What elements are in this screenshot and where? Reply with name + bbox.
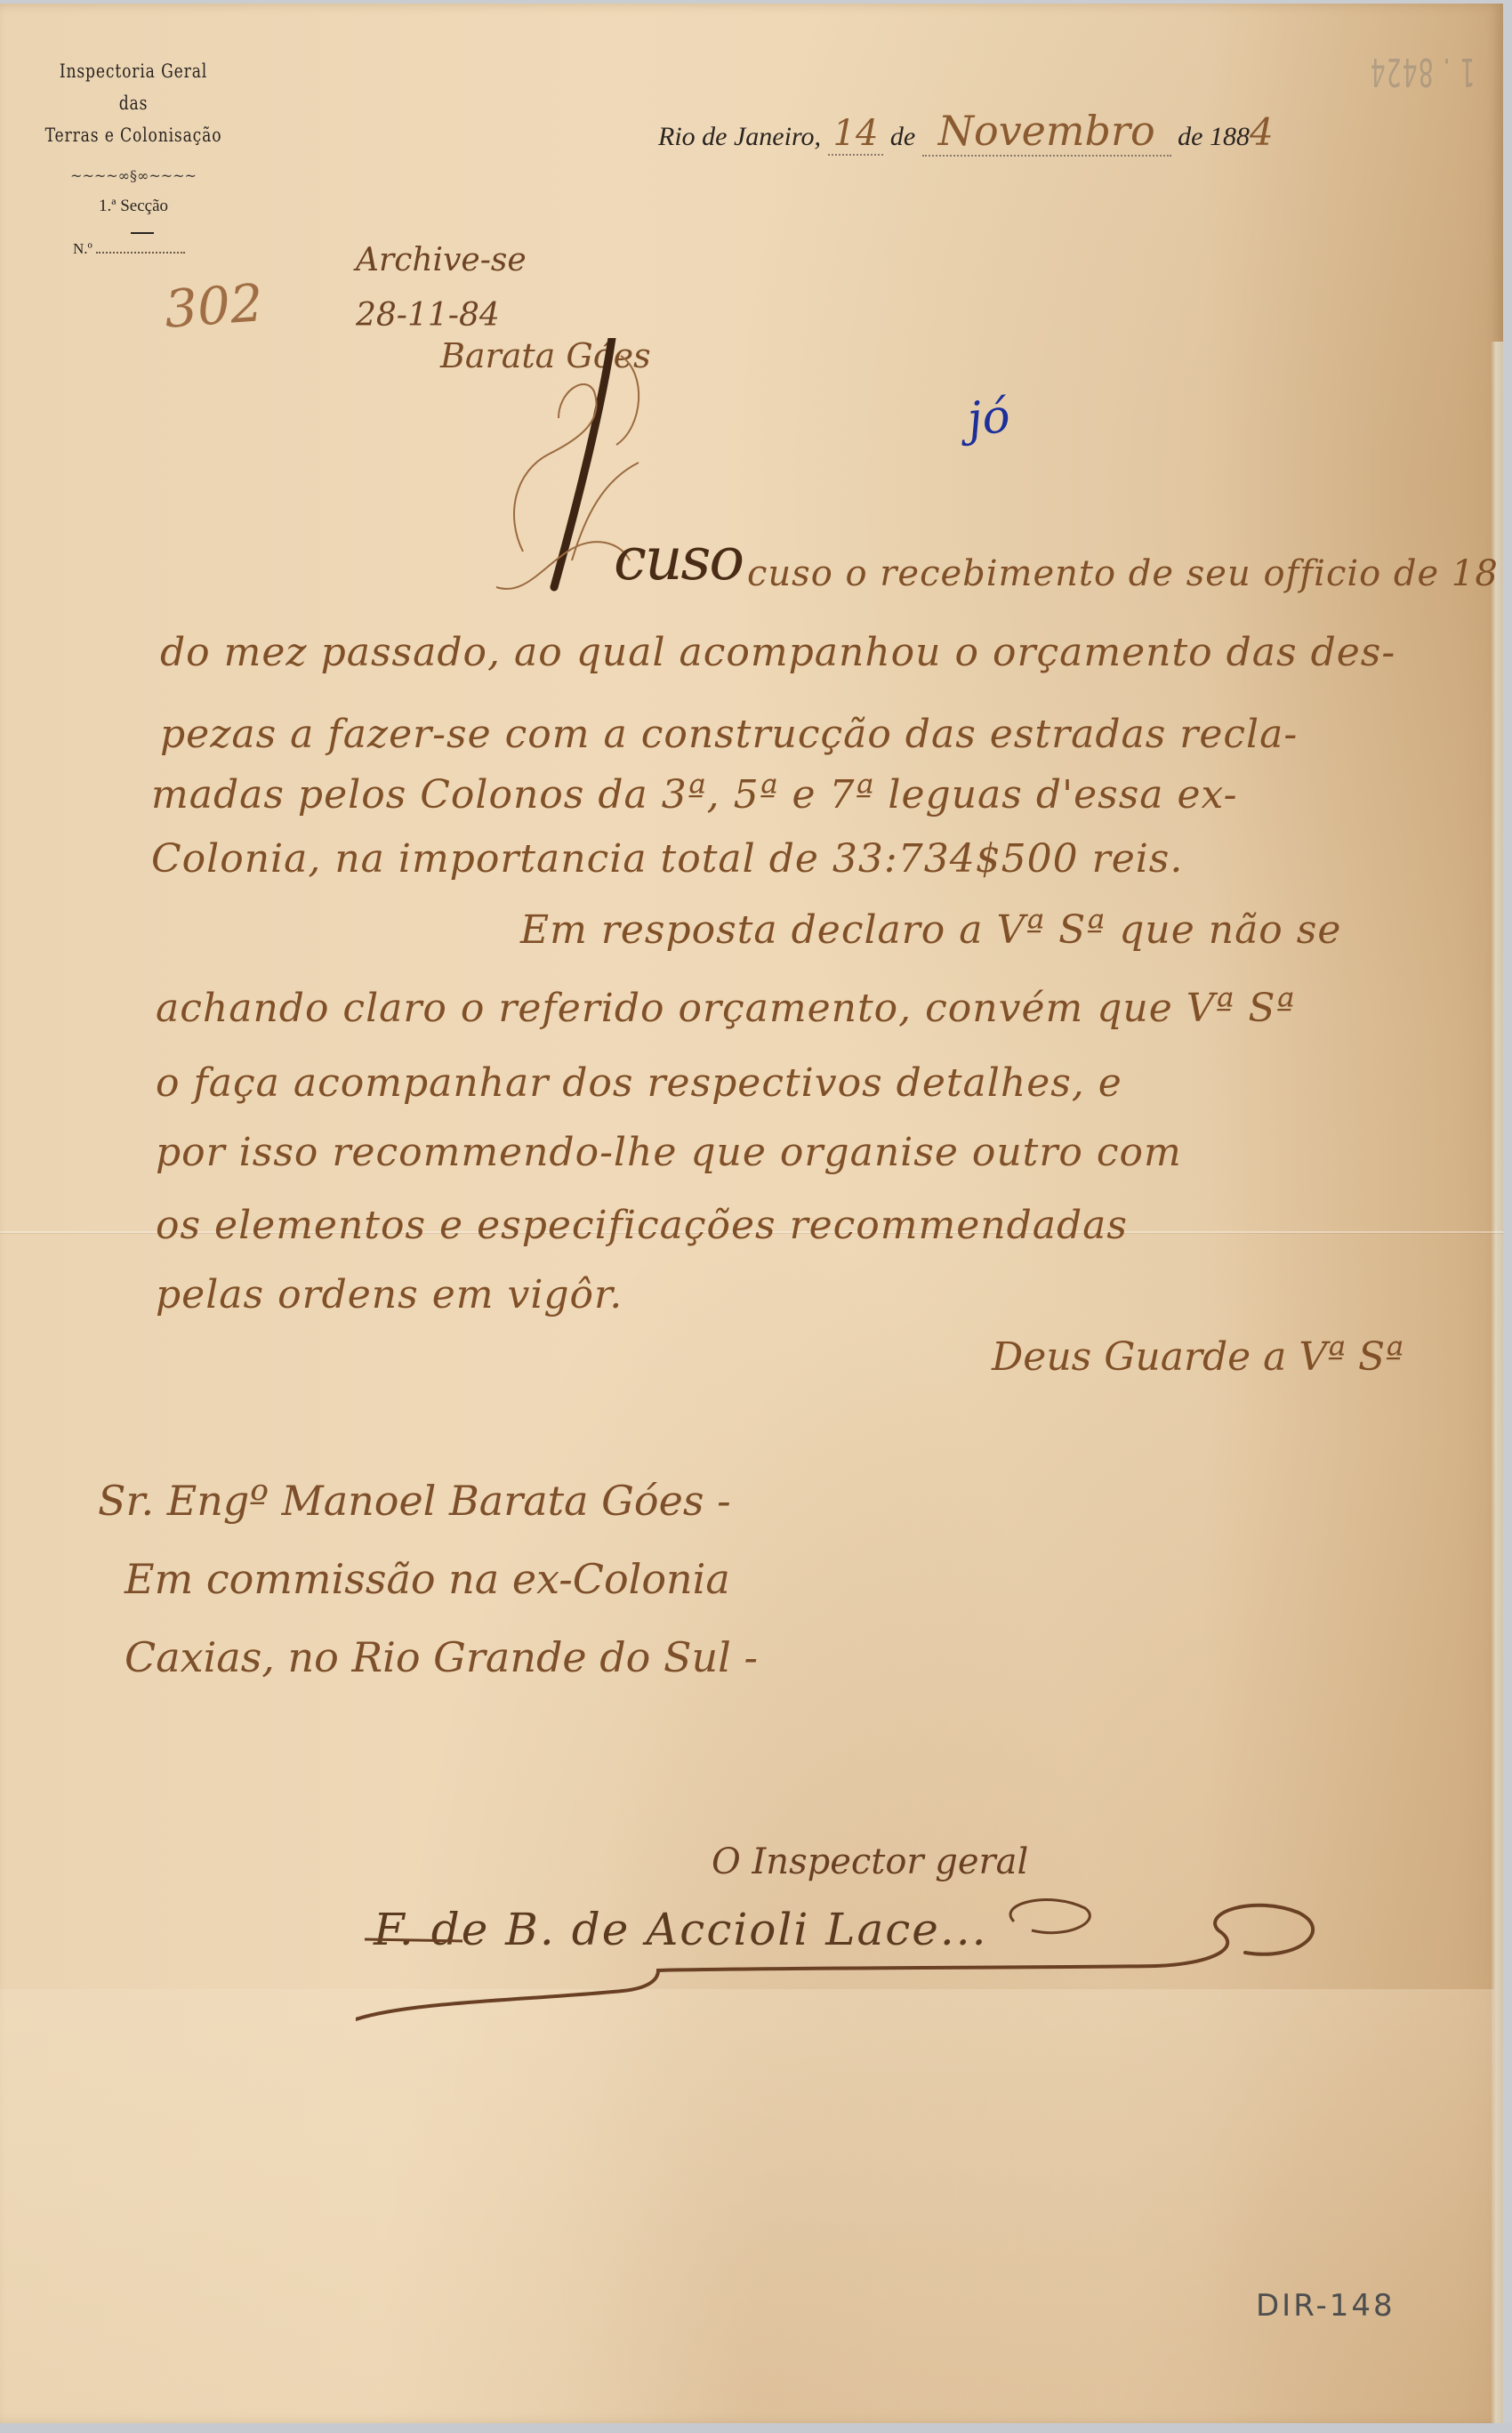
document-number-field: N.º xyxy=(73,240,185,258)
dateline-day: 14 xyxy=(828,113,884,156)
document-number-value: 302 xyxy=(163,272,265,340)
number-label: N.º xyxy=(73,240,92,257)
pencil-reference-mark: 1 . 8424 xyxy=(1370,49,1476,94)
signature-flourish-icon xyxy=(356,1886,1512,2037)
letterhead-line-3: Terras e Colonisação xyxy=(24,119,243,151)
dateline-year-digit: 4 xyxy=(1250,110,1274,154)
torn-right-edge xyxy=(1491,342,1503,2428)
letterhead-line-1: Inspectoria Geral xyxy=(24,55,243,87)
letterhead-line-2: das xyxy=(24,87,243,119)
archive-note-date: 28-11-84 xyxy=(356,288,527,343)
paper-lower-panel xyxy=(0,1989,1494,2429)
body-line-6: Em resposta declaro a Vª Sª que não se xyxy=(520,907,1341,953)
addressee-line-3: Caxias, no Rio Grande do Sul - xyxy=(125,1633,758,1681)
addressee-line-2: Em commissão na ex-Colonia xyxy=(125,1555,730,1603)
letterhead: Inspectoria Geral das Terras e Colonisaç… xyxy=(0,55,267,234)
opening-word: cuso xyxy=(614,525,743,593)
signature-title: O Inspector geral xyxy=(712,1841,1028,1882)
body-line-8: o faça acompanhar dos respectivos detalh… xyxy=(156,1060,1122,1106)
scan-bottom-edge xyxy=(0,2423,1512,2433)
body-line-11: pelas ordens em vigôr. xyxy=(156,1272,623,1317)
number-dotted-line xyxy=(96,252,185,254)
body-line-3: pezas a fazer-se com a construcção das e… xyxy=(160,712,1298,757)
dateline: Rio de Janeiro, 14 de Novembro de 1884 xyxy=(658,107,1274,155)
body-line-1: cuso o recebimento de seu officio de 18 xyxy=(747,553,1499,594)
dateline-place: Rio de Janeiro, xyxy=(658,122,821,151)
letterhead-section: 1.ª Secção xyxy=(0,197,267,216)
body-line-9: por isso recommendo-lhe que organise out… xyxy=(156,1130,1182,1175)
body-line-10: os elementos e especificações recommenda… xyxy=(156,1203,1128,1248)
blue-ink-mark: jó xyxy=(965,390,1012,447)
addressee-line-1: Sr. Engº Manoel Barata Góes - xyxy=(98,1477,731,1525)
letterhead-dash xyxy=(131,232,154,234)
catalog-mark: DIR-148 xyxy=(1256,2288,1395,2324)
archive-note: Archive-se 28-11-84 xyxy=(356,233,527,343)
dateline-de-1: de xyxy=(890,122,915,151)
body-line-7: achando claro o referido orçamento, conv… xyxy=(156,986,1295,1031)
archive-note-line-1: Archive-se xyxy=(356,233,527,288)
body-line-5: Colonia, na importancia total de 33:734$… xyxy=(151,836,1183,882)
body-line-4: madas pelos Colonos da 3ª, 5ª e 7ª legua… xyxy=(151,772,1237,818)
ornament-divider-icon: ~~~~∞§∞~~~~ xyxy=(0,167,267,184)
dateline-year-printed: 188 xyxy=(1210,122,1250,151)
dateline-month: Novembro xyxy=(922,107,1171,157)
dateline-de-2: de xyxy=(1178,122,1202,151)
body-line-2: do mez passado, ao qual acompanhou o orç… xyxy=(160,630,1395,675)
closing-salutation: Deus Guarde a Vª Sª xyxy=(992,1334,1403,1380)
